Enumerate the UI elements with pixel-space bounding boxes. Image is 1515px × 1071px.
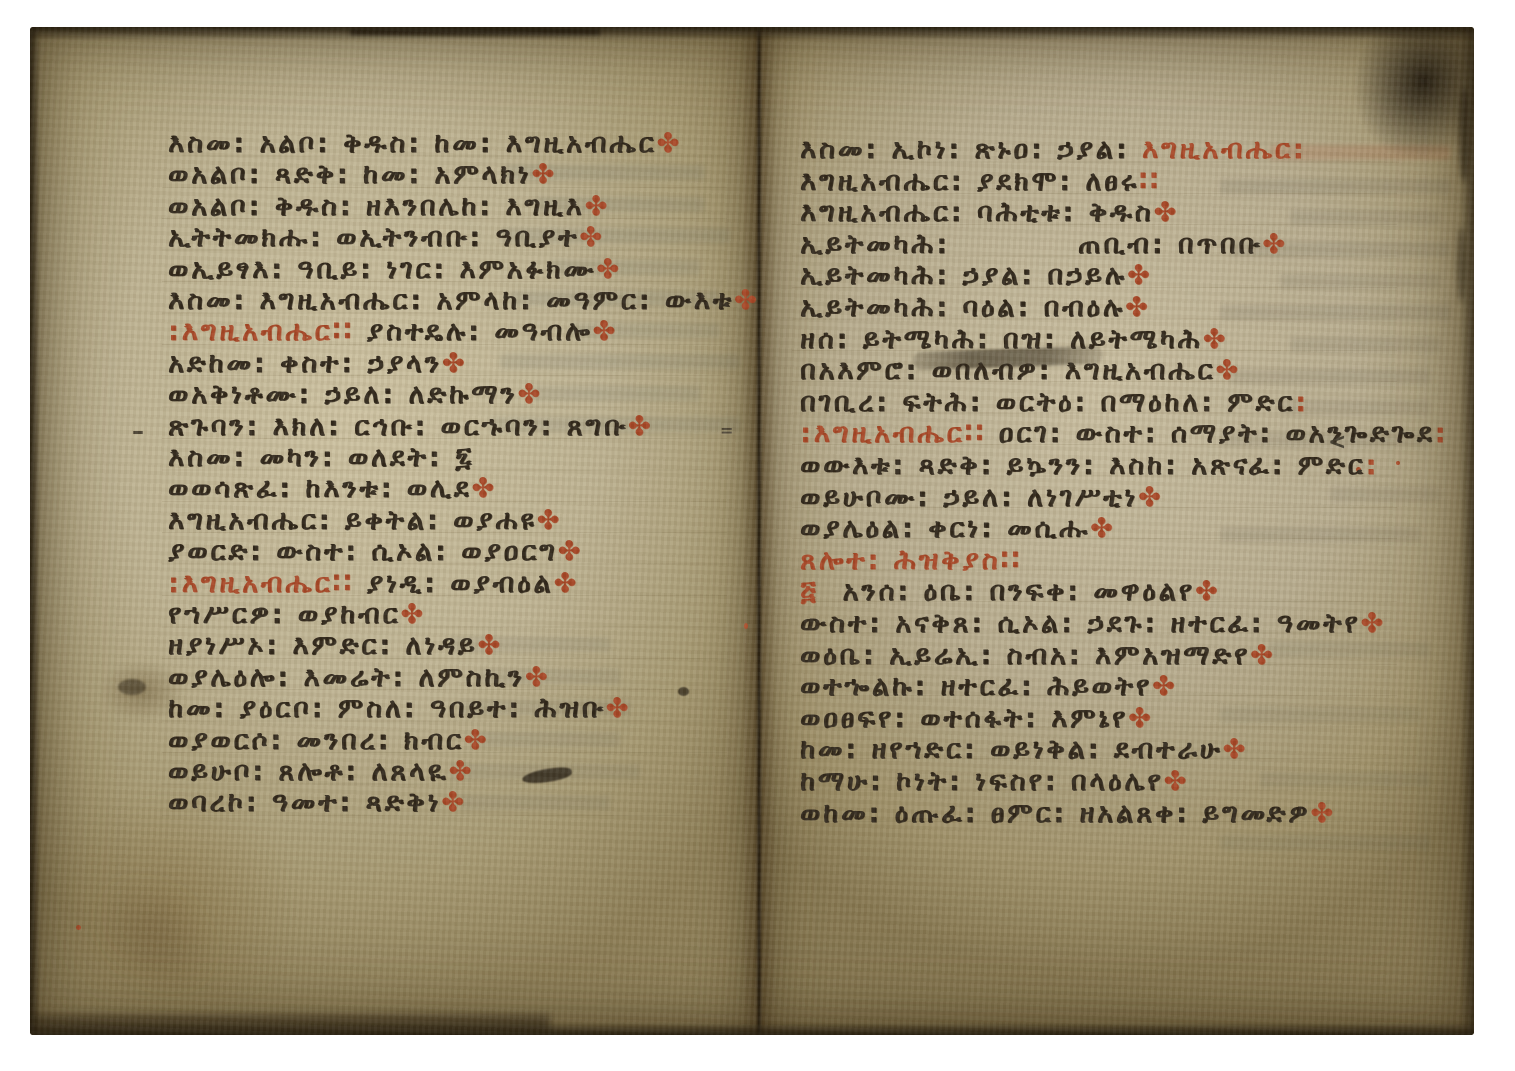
manuscript-text-line: ውስተ: አናቅጸ: ሲኦል: ኃደጉ: ዘተርፈ: ዓመትየ✤ (800, 608, 1386, 640)
body-text: በአእምሮ: ወበለብዎ: እግዚአብሔር (800, 355, 1215, 386)
body-text: ወዐፀፍየ: ወተሰፋት: እምኔየ (800, 703, 1128, 734)
body-text: በገቢረ: ፍትሕ: ወርትዕ: በማዕከለ: ምድር (800, 387, 1295, 418)
rubric-text: :እግዚአብሔር∷ (800, 418, 986, 449)
rubric-text: : (1366, 450, 1380, 481)
manuscript-text-line: እስመ: ኢኮነ: ጽኑዐ: ኃያል: እግዚአብሔር: (800, 134, 1307, 166)
manuscript-text-line: ወዕቤ: ኢይሬኢ: ስብአ: እምአዝማድየ✤ (800, 640, 1276, 672)
rubric-text: ✤ (1262, 229, 1288, 260)
manuscript-text-line: ከመ: ዘየኀድር: ወይነቅል: ደብተራሁ✤ (800, 734, 1248, 766)
manuscript-text-line: እግዚአብሔር: ባሕቲቱ: ቅዱስ✤ (800, 197, 1179, 229)
left-margin-dash: – (132, 417, 144, 445)
body-text: ኢይትመካሕ: (800, 229, 950, 260)
illegible-gap (950, 251, 1078, 253)
body-text: ወከመ: ዕጡፈ: ፀምር: ዘአልጸቀ: ይግመድዎ (800, 798, 1310, 829)
rubric-text: : (1295, 387, 1309, 418)
manuscript-text-line: ኢይትመካሕ: ባዕል: በብዕሉ✤ (800, 292, 1151, 324)
body-text: ከመ: ዘየኀድር: ወይነቅል: ደብተራሁ (800, 734, 1223, 765)
body-text: ውስተ: አናቅጸ: ሲኦል: ኃደጉ: ዘተርፈ: ዓመትየ (800, 608, 1361, 639)
rubric-text: ✤ (1203, 324, 1229, 355)
manuscript-text-line: ኢይትመካሕ:ጠቢብ: በጥበቡ✤ (800, 229, 1288, 261)
rubric-text: : (1435, 418, 1449, 449)
rubric-text: ✤ (1125, 292, 1151, 323)
rubric-text: ✤ (1164, 766, 1190, 797)
manuscript-text-line: ጸሎተ: ሕዝቅያስ∷ (800, 545, 1022, 577)
rubric-text: ✤ (1090, 513, 1116, 544)
manuscript-text-line: እግዚአብሔር: ያደክሞ: ለፀሩ∷ (800, 166, 1161, 198)
body-text: እግዚአብሔር: ባሕቲቱ: ቅዱስ (800, 197, 1154, 228)
manuscript-text-line: ከማሁ: ኮነት: ነፍስየ: በላዕሌየ✤ (800, 766, 1189, 798)
body-text: ዘሰ: ይትሜካሕ: በዝ: ለይትሜካሕ (800, 324, 1203, 355)
manuscript-text-line: ወከመ: ዕጡፈ: ፀምር: ዘአልጸቀ: ይግመድዎ✤ (800, 798, 1336, 830)
body-text: እግዚአብሔር: ያደክሞ: ለፀሩ (800, 166, 1139, 197)
right-margin-correction-mark: < (1328, 430, 1346, 455)
body-text: ወይሁቦሙ: ኃይለ: ለነገሥቲነ (800, 482, 1138, 513)
rubric-text: እግዚአብሔር: (1142, 134, 1306, 165)
body-text: ኢይትመካሕ: ባዕል: በብዕሉ (800, 292, 1125, 323)
manuscript-text-line: በገቢረ: ፍትሕ: ወርትዕ: በማዕከለ: ምድር: (800, 387, 1309, 419)
body-text: ወውእቱ: ጻድቅ: ይኴንን: እስከ: አጽናፈ: ምድር (800, 450, 1366, 481)
manuscript-text-line: :እግዚአብሔር∷ ዐርገ: ውስተ: ሰማያት: ወአንጐድጐደ: (800, 418, 1448, 450)
rubric-text: ✤ (1195, 576, 1221, 607)
body-text: አንሰ: ዕቤ: በንፍቀ: መዋዕልየ (842, 576, 1194, 607)
rubric-text: ✤ (1128, 703, 1154, 734)
body-text: ወተኈልኩ: ዘተርፈ: ሕይወትየ (800, 671, 1152, 702)
manuscript-text-line: ወውእቱ: ጻድቅ: ይኴንን: እስከ: አጽናፈ: ምድር: (800, 450, 1379, 482)
rubric-text: ∷ (1139, 166, 1161, 197)
rubric-text: ✤ (1152, 671, 1178, 702)
rubric-text: ✤ (1215, 355, 1241, 386)
rubric-text: ✤ (1361, 608, 1387, 639)
rubric-text: ✤ (1250, 640, 1276, 671)
manuscript-text-line: ወያሌዕል: ቀርነ: መሲሑ✤ (800, 513, 1116, 545)
gutter-equals-mark: = (720, 421, 733, 440)
manuscript-text-line: ወዐፀፍየ: ወተሰፋት: እምኔየ✤ (800, 703, 1154, 735)
body-text: እስመ: ኢኮነ: ጽኑዐ: ኃያል: (800, 134, 1142, 165)
manuscript-text-line: በአእምሮ: ወበለብዎ: እግዚአብሔር✤ (800, 355, 1241, 387)
manuscript-text-line: ወይሁቦሙ: ኃይለ: ለነገሥቲነ✤ (800, 482, 1164, 514)
body-text: ዐርገ: ውስተ: ሰማያት: ወአንጐድጐደ (986, 418, 1434, 449)
manuscript-text-line: ፭አንሰ: ዕቤ: በንፍቀ: መዋዕልየ✤ (800, 576, 1221, 608)
manuscript-photo: እስመ: አልቦ: ቅዱስ: ከመ: እግዚአብሔር✤ወአልቦ: ጻድቅ: ከመ… (30, 27, 1474, 1035)
body-text: ወያሌዕል: ቀርነ: መሲሑ (800, 513, 1090, 544)
rubric-text: ✤ (1154, 197, 1180, 228)
rubric-text: ፭ (800, 576, 818, 607)
illegible-gap (818, 598, 842, 600)
manuscript-text-line: ወተኈልኩ: ዘተርፈ: ሕይወትየ✤ (800, 671, 1178, 703)
manuscript-text-line: ኢይትመካሕ: ኃያል: በኃይሉ✤ (800, 260, 1153, 292)
rubric-text: ✤ (1127, 260, 1153, 291)
body-text: ኢይትመካሕ: ኃያል: በኃይሉ (800, 260, 1127, 291)
body-text: ጠቢብ: በጥበቡ (1078, 229, 1262, 260)
rubric-text: ✤ (1138, 482, 1164, 513)
rubric-text: ✤ (1310, 798, 1336, 829)
manuscript-text-line: ዘሰ: ይትሜካሕ: በዝ: ለይትሜካሕ✤ (800, 324, 1228, 356)
body-text: ወዕቤ: ኢይሬኢ: ስብአ: እምአዝማድየ (800, 640, 1250, 671)
right-page-text: እስመ: ኢኮነ: ጽኑዐ: ኃያል: እግዚአብሔር:እግዚአብሔር: ያደክ… (30, 27, 1474, 1035)
body-text: ከማሁ: ኮነት: ነፍስየ: በላዕሌየ (800, 766, 1164, 797)
rubric-text: ✤ (1223, 734, 1249, 765)
rubric-text: ጸሎተ: ሕዝቅያስ∷ (800, 545, 1022, 576)
